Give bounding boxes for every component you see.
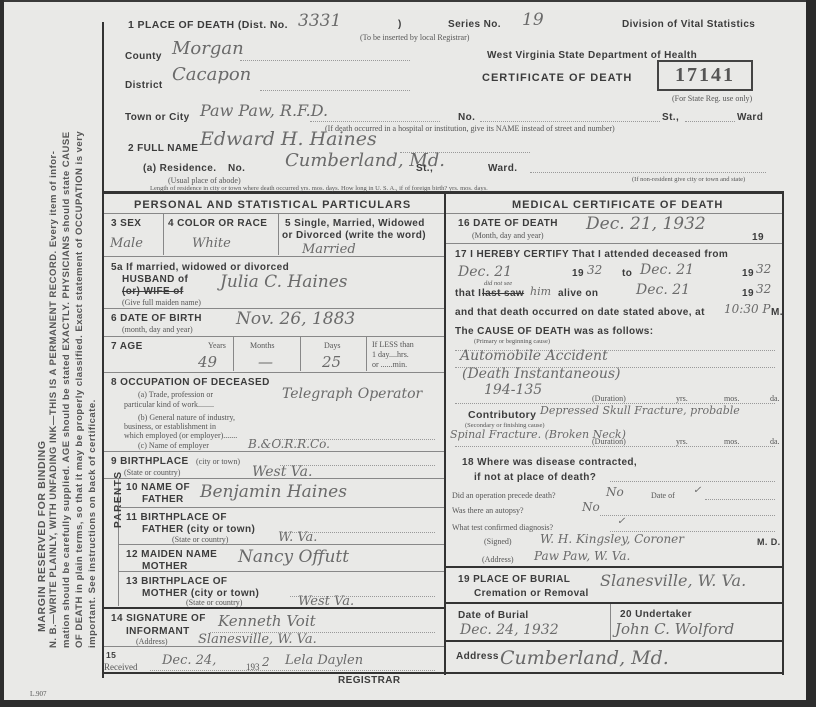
- birthplace-state-label: (State or country): [124, 468, 180, 477]
- series-label: Series No.: [448, 19, 501, 30]
- test-value: ✓: [617, 516, 625, 527]
- occurred-label: and that death occurred on date stated a…: [455, 307, 705, 318]
- physician-address-label: (Address): [482, 555, 514, 564]
- received-number: 15: [106, 650, 116, 660]
- contributory-1: Depressed Skull Fracture, probable: [540, 404, 740, 417]
- undertaker-address-label: Address: [456, 651, 499, 662]
- occ-b-2: business, or establishment in: [124, 422, 216, 431]
- residence-ward-label: Ward.: [488, 163, 517, 174]
- informant-label-1: 14 SIGNATURE OF: [111, 613, 206, 624]
- dod-label: 16 DATE OF DEATH: [458, 218, 558, 229]
- dob-sub: (month, day and year): [122, 325, 193, 334]
- undertaker-value: John C. Wolford: [615, 620, 734, 638]
- saw-him: him: [530, 285, 551, 298]
- sex-label: 3 SEX: [111, 218, 141, 229]
- age-days-value: 25: [322, 353, 341, 371]
- alive-year-value: 32: [756, 282, 771, 296]
- length-of-residence-note: Length of residence in city or town wher…: [150, 185, 488, 192]
- duration-yrs-1: yrs.: [676, 394, 688, 403]
- father-birthplace-value: W. Va.: [278, 530, 317, 545]
- md-label: M. D.: [757, 537, 781, 547]
- occ-b-1: (b) General nature of industry,: [138, 413, 235, 422]
- undertaker-label: 20 Undertaker: [620, 609, 692, 620]
- informant-address-value: Slanesville, W. Va.: [198, 632, 317, 647]
- spouse-value: Julia C. Haines: [220, 272, 348, 292]
- less-than-day-1: If LESS than: [372, 340, 414, 349]
- spouse-label-4: (Give full maiden name): [122, 298, 201, 307]
- years-label: Years: [208, 341, 226, 350]
- duration-da-2: da.: [770, 437, 780, 446]
- undertaker-address-value: Cumberland, Md.: [500, 647, 669, 669]
- father-value: Benjamin Haines: [200, 482, 347, 502]
- last-saw-struck: last saw: [482, 288, 524, 299]
- days-label: Days: [324, 341, 340, 350]
- autopsy-label: Was there an autopsy?: [452, 506, 524, 515]
- date-of-label: Date of: [651, 491, 675, 500]
- operation-value: No: [606, 485, 624, 499]
- occupation-value: Telegraph Operator: [282, 386, 422, 402]
- mother-label-1: 12 MAIDEN NAME: [126, 549, 217, 560]
- attended-from-date: Dec. 21: [458, 264, 512, 280]
- test-label: What test confirmed diagnosis?: [452, 523, 553, 532]
- date-of-value: ✓: [693, 485, 701, 496]
- division-title: Division of Vital Statistics: [622, 19, 755, 30]
- birthplace-sub: (city or town): [196, 457, 240, 466]
- age-years-value: 49: [198, 353, 217, 371]
- father-label-2: FATHER: [142, 494, 184, 505]
- months-label: Months: [250, 341, 274, 350]
- marital-value: Married: [302, 242, 356, 257]
- form-number: L.907: [30, 690, 47, 698]
- duration-mos-1: mos.: [724, 394, 739, 403]
- birthplace-label: 9 BIRTHPLACE: [111, 456, 189, 467]
- dob-value: Nov. 26, 1883: [236, 309, 355, 329]
- dist-no-value: 3331: [298, 11, 341, 31]
- race-value: White: [192, 236, 231, 251]
- sex-value: Male: [110, 236, 143, 251]
- time-of-death: 10:30 P: [724, 302, 770, 316]
- full-name-value: Edward H. Haines: [200, 128, 377, 150]
- time-suffix: M.: [771, 307, 783, 318]
- margin-instruction-2: mation should be carefully supplied. AGE…: [61, 131, 72, 648]
- frame-left-line: [102, 22, 104, 678]
- scan-border-bottom: [0, 700, 816, 707]
- district-value: Cacapon: [172, 64, 251, 85]
- employer-value: B.&O.R.R.Co.: [248, 437, 330, 451]
- certificate-number: 17141: [675, 64, 735, 87]
- to-label: to: [622, 268, 632, 279]
- alive-label: alive on: [558, 288, 598, 299]
- alive-year-prefix: 19: [742, 288, 754, 299]
- dod-century: 19: [752, 232, 764, 243]
- primary-note: (Primary or beginning cause): [474, 338, 550, 345]
- occ-a-2: particular kind of work........: [124, 400, 214, 409]
- medical-section-title: MEDICAL CERTIFICATE OF DEATH: [512, 199, 723, 211]
- autopsy-value: No: [582, 500, 600, 514]
- burial-date-label: Date of Burial: [458, 610, 529, 621]
- burial-place-label-1: 19 PLACE OF BURIAL: [458, 574, 570, 585]
- series-no-value: 19: [522, 10, 544, 30]
- no-label: No.: [458, 112, 475, 123]
- operation-label: Did an operation precede death?: [452, 491, 556, 500]
- scan-border-left: [0, 0, 4, 707]
- margin-instruction-3: OF DEATH in plain terms, so that it may …: [74, 131, 85, 648]
- from-year-value: 32: [587, 263, 602, 277]
- age-months-value: —: [258, 353, 273, 371]
- place-of-death-label: 1 PLACE OF DEATH (Dist. No.: [128, 19, 288, 31]
- received-label: Received: [104, 662, 137, 672]
- frame-right-line: [782, 191, 784, 675]
- race-label: 4 COLOR OR RACE: [168, 218, 267, 229]
- cause-primary-1: Automobile Accident: [460, 348, 608, 364]
- state-reg-note: (For State Reg. use only): [672, 94, 752, 103]
- less-than-day-3: or ......min.: [372, 360, 407, 369]
- mother-birthplace-label-3: (State or country): [186, 598, 242, 607]
- scan-border-right: [806, 0, 816, 707]
- town-label: Town or City: [125, 112, 190, 123]
- informant-label-2: INFORMANT: [126, 626, 190, 637]
- dob-label: 6 DATE OF BIRTH: [111, 313, 202, 324]
- father-birthplace-label-1: 11 BIRTHPLACE OF: [126, 512, 227, 523]
- duration-label-1: (Duration): [592, 394, 626, 403]
- ward-label: Ward: [737, 112, 763, 123]
- parents-section-label: PARENTS: [113, 470, 124, 528]
- spouse-label-2: HUSBAND of: [122, 274, 188, 285]
- occ-b-3: which employed (or employer).......: [124, 431, 237, 440]
- margin-instruction-4: important. See instructions on back of c…: [87, 399, 98, 648]
- personal-section-title: PERSONAL AND STATISTICAL PARTICULARS: [134, 199, 411, 211]
- father-label-1: 10 NAME OF: [126, 482, 190, 493]
- cause-label: The CAUSE OF DEATH was as follows:: [455, 326, 653, 337]
- residence-no-label: No.: [228, 163, 245, 174]
- received-year-value: 2: [262, 655, 270, 669]
- informant-value: Kenneth Voit: [218, 612, 316, 630]
- did-not-see-insertion: did not see: [484, 280, 512, 287]
- father-birthplace-label-2: FATHER (city or town): [142, 524, 255, 535]
- signed-label: (Signed): [484, 537, 512, 546]
- registrar-label: REGISTRAR: [338, 675, 401, 686]
- duration-yrs-2: yrs.: [676, 437, 688, 446]
- less-than-day-2: 1 day....hrs.: [372, 350, 409, 359]
- received-date-value: Dec. 24,: [162, 653, 216, 668]
- duration-da-1: da.: [770, 394, 780, 403]
- burial-place-label-2: Cremation or Removal: [474, 588, 589, 599]
- certificate-title: CERTIFICATE OF DEATH: [482, 72, 632, 84]
- footer-line: [104, 672, 784, 674]
- nonresident-note: (If non-resident give city or town and s…: [632, 176, 745, 183]
- occ-c: (c) Name of employer: [138, 441, 209, 450]
- mother-value: Nancy Offutt: [238, 547, 349, 567]
- father-birthplace-label-3: (State or country): [172, 535, 228, 544]
- residence-label: (a) Residence.: [143, 163, 216, 174]
- informant-address-label: (Address): [136, 637, 168, 646]
- dod-value: Dec. 21, 1932: [586, 214, 706, 234]
- contracted-label-1: 18 Where was disease contracted,: [462, 457, 637, 468]
- county-label: County: [125, 51, 162, 62]
- from-year-prefix: 19: [572, 268, 584, 279]
- margin-instruction-1: N. B.—WRITE PLAINLY, WITH UNFADING INK—T…: [48, 151, 59, 648]
- signed-value: W. H. Kingsley, Coroner: [540, 532, 684, 546]
- certify-label: 17 I HEREBY CERTIFY That I attended dece…: [455, 249, 728, 260]
- age-label: 7 AGE: [111, 341, 143, 352]
- dod-sub: (Month, day and year): [472, 231, 544, 240]
- town-value: Paw Paw, R.F.D.: [200, 101, 328, 120]
- residence-st-label: St.,: [416, 163, 433, 174]
- spouse-label-3: (or) WIFE of: [122, 286, 183, 297]
- alive-date: Dec. 21: [636, 282, 690, 298]
- cause-code: 194-135: [484, 382, 542, 398]
- abode-note: (Usual place of abode): [168, 176, 241, 185]
- duration-label-2: (Duration): [592, 437, 626, 446]
- occupation-label: 8 OCCUPATION OF DECEASED: [111, 377, 270, 388]
- certificate-number-box: 17141: [657, 60, 753, 91]
- district-label: District: [125, 80, 163, 91]
- full-name-label: 2 FULL NAME: [128, 143, 198, 154]
- burial-place-value: Slanesville, W. Va.: [600, 571, 746, 590]
- margin-title: MARGIN RESERVED FOR BINDING: [36, 440, 48, 632]
- cause-primary-2: (Death Instantaneous): [462, 366, 621, 382]
- occ-a-1: (a) Trade, profession or: [138, 390, 213, 399]
- to-year-value: 32: [756, 262, 771, 276]
- to-year-prefix: 19: [742, 268, 754, 279]
- contributory-label: Contributory: [468, 409, 536, 421]
- physician-address-value: Paw Paw, W. Va.: [534, 549, 630, 563]
- duration-mos-2: mos.: [724, 437, 739, 446]
- saw-prefix: that I: [455, 288, 481, 299]
- county-value: Morgan: [172, 38, 244, 59]
- registrar-name: Lela Daylen: [285, 653, 363, 668]
- marital-label-2: or Divorced (write the word): [282, 230, 426, 241]
- dist-note: (To be inserted by local Registrar): [360, 33, 469, 42]
- contracted-label-2: if not at place of death?: [474, 472, 596, 483]
- mother-birthplace-label-1: 13 BIRTHPLACE OF: [126, 576, 227, 587]
- attended-to-date: Dec. 21: [640, 262, 694, 278]
- marital-label-1: 5 Single, Married, Widowed: [285, 218, 425, 229]
- burial-date-value: Dec. 24, 1932: [460, 622, 559, 638]
- st-label: St.,: [662, 112, 679, 123]
